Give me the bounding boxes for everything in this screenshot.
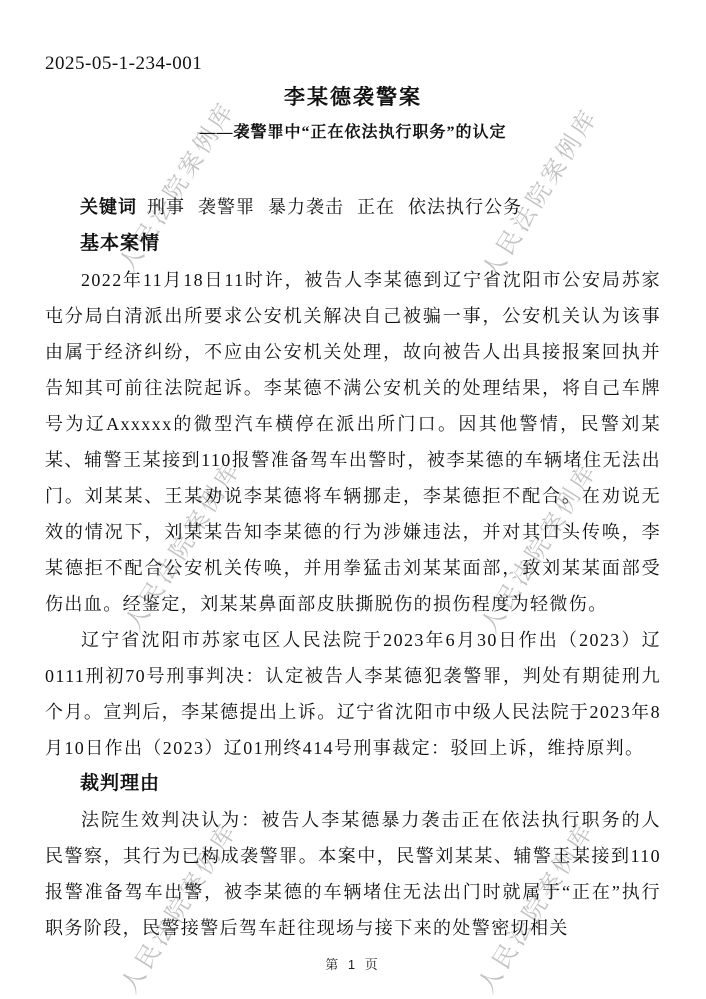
page-footer: 第 1 页	[0, 954, 706, 973]
paragraph-reasons-1: 法院生效判决认为：被告人李某德暴力袭击正在依法执行职务的人民警察，其行为已构成袭…	[45, 802, 661, 946]
doc-number: 2025-05-1-234-001	[45, 53, 202, 75]
case-subtitle: ——袭警罪中“正在依法执行职务”的认定	[0, 121, 706, 145]
keyword-item: 正在	[357, 197, 395, 217]
keywords-label: 关键词	[80, 197, 137, 217]
paragraph-facts-1: 2022年11月18日11时许，被告人李某德到辽宁省沈阳市公安局苏家屯分局白清派…	[45, 262, 661, 622]
keyword-item: 袭警罪	[198, 197, 255, 217]
case-title: 李某德袭警案	[0, 83, 706, 111]
paragraph-facts-2: 辽宁省沈阳市苏家屯区人民法院于2023年6月30日作出（2023）辽0111刑初…	[45, 622, 661, 766]
keyword-item: 暴力袭击	[268, 197, 344, 217]
document-body: 基本案情 2022年11月18日11时许，被告人李某德到辽宁省沈阳市公安局苏家屯…	[45, 226, 661, 946]
keyword-item: 依法执行公务	[408, 197, 522, 217]
section-header-basic-facts: 基本案情	[80, 226, 661, 262]
keywords-line: 关键词刑事袭警罪暴力袭击正在依法执行公务	[80, 195, 535, 219]
document-content: 2025-05-1-234-001 李某德袭警案 ——袭警罪中“正在依法执行职务…	[0, 0, 706, 999]
keyword-item: 刑事	[147, 197, 185, 217]
document-page: 人民法院案例库 人民法院案例库 人民法院案例库 人民法院案例库 人民法院案例库 …	[0, 0, 706, 999]
section-header-judgment-reasons: 裁判理由	[80, 766, 661, 802]
page-number: 第 1 页	[325, 957, 380, 972]
